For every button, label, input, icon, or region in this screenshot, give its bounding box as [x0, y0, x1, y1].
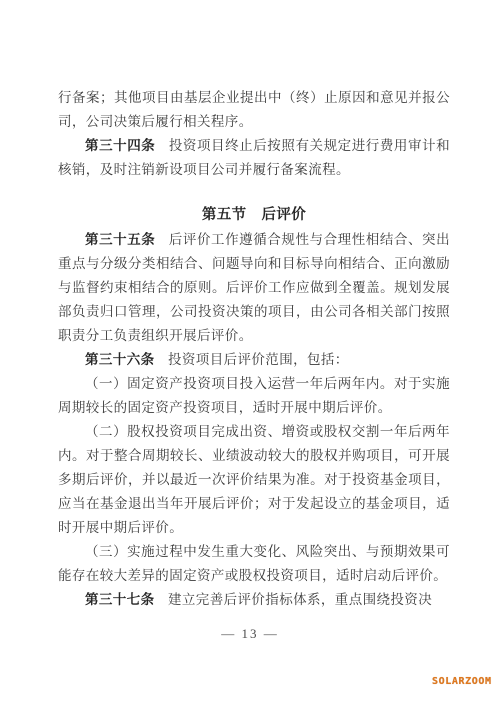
document-body: 行备案；其他项目由基层企业提出中（终）止原因和意见并报公司，公司决策后履行相关程… — [58, 86, 450, 612]
article-number: 第三十七条 — [85, 592, 155, 607]
paragraph-text: 建立完善后评价指标体系，重点围绕投资决 — [168, 592, 432, 607]
paragraph: 第三十六条投资项目后评价范围，包括： — [58, 348, 450, 372]
paragraph: 第三十七条建立完善后评价指标体系，重点围绕投资决 — [58, 588, 450, 612]
article-number: 第三十四条 — [85, 138, 155, 153]
paragraph-text: 投资项目后评价范围，包括： — [168, 352, 349, 367]
paragraph-text: 第五节 后评价 — [202, 207, 306, 223]
paragraph-text: 行备案；其他项目由基层企业提出中（终）止原因和意见并报公司，公司决策后履行相关程… — [58, 90, 450, 129]
paragraph: （三）实施过程中发生重大变化、风险突出、与预期效果可能存在较大差异的固定资产或股… — [58, 540, 450, 588]
paragraph-text: （一）固定资产投资项目投入运营一年后两年内。对于实施周期较长的固定资产投资项目，… — [58, 376, 450, 415]
paragraph: （一）固定资产投资项目投入运营一年后两年内。对于实施周期较长的固定资产投资项目，… — [58, 372, 450, 420]
paragraph: （二）股权投资项目完成出资、增资或股权交割一年后两年内。对于整合周期较长、业绩波… — [58, 420, 450, 540]
paragraph: 行备案；其他项目由基层企业提出中（终）止原因和意见并报公司，公司决策后履行相关程… — [58, 86, 450, 134]
article-number: 第三十五条 — [85, 232, 155, 247]
paragraph: 第三十四条投资项目终止后按照有关规定进行费用审计和核销，及时注销新设项目公司并履… — [58, 134, 450, 182]
section-heading: 第五节 后评价 — [58, 203, 450, 227]
article-number: 第三十六条 — [85, 352, 155, 367]
page-number: — 13 — — [0, 626, 500, 642]
paragraph-text: （三）实施过程中发生重大变化、风险突出、与预期效果可能存在较大差异的固定资产或股… — [58, 544, 450, 583]
paragraph-text: （二）股权投资项目完成出资、增资或股权交割一年后两年内。对于整合周期较长、业绩波… — [58, 424, 450, 535]
paragraph-text: 后评价工作遵循合规性与合理性相结合、突出重点与分级分类相结合、问题导向和目标导向… — [58, 232, 450, 343]
solarzoom-watermark: SOLARZOOM — [432, 676, 492, 687]
document-page: 行备案；其他项目由基层企业提出中（终）止原因和意见并报公司，公司决策后履行相关程… — [0, 0, 500, 707]
paragraph: 第三十五条后评价工作遵循合规性与合理性相结合、突出重点与分级分类相结合、问题导向… — [58, 228, 450, 348]
